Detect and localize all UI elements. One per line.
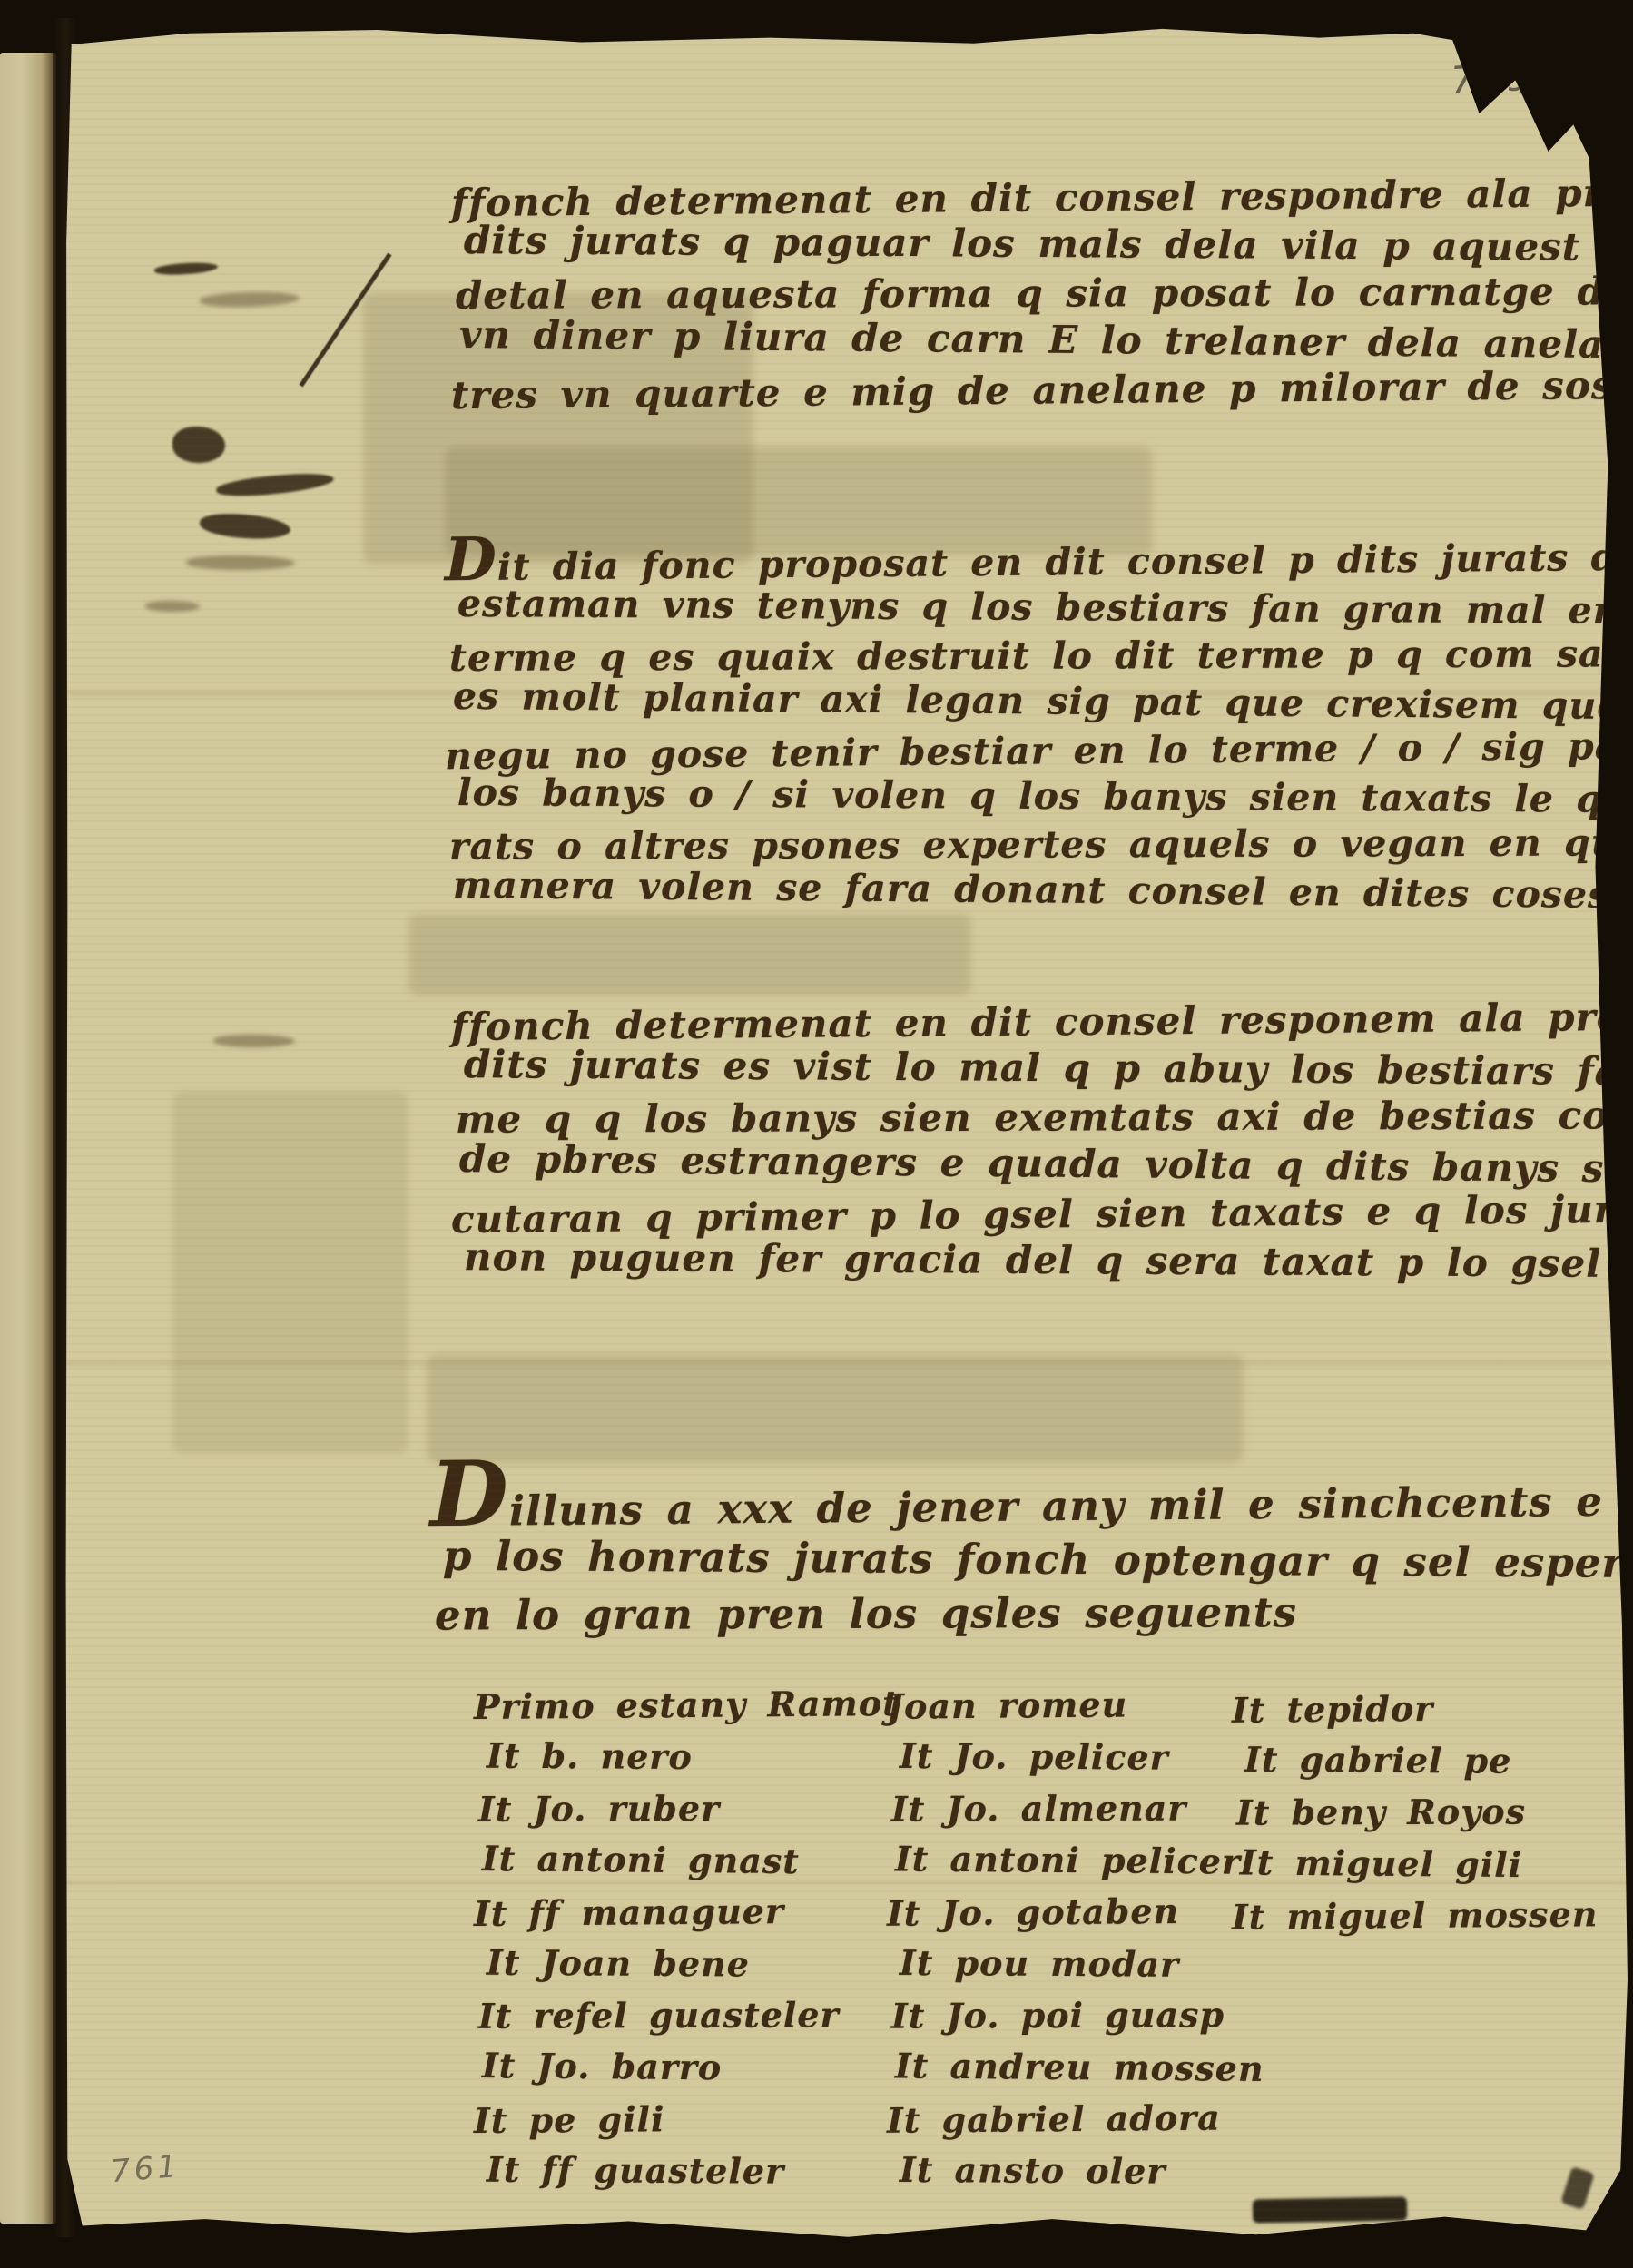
folio-number-top: 769 (1450, 54, 1536, 103)
text-line: It beny Royos (1236, 1785, 1603, 1838)
text-line: It antoni gnast (482, 1832, 908, 1888)
text-line: estaman vns tenyns q los bestiars fan gr… (457, 580, 1633, 636)
text-line: It pou modar (900, 1937, 1269, 1990)
text-line: It andreu mossen (895, 2039, 1264, 2095)
text-line: It miguel mossen (1232, 1888, 1599, 1943)
text-line: los banys o / si volen q los banys sien … (457, 769, 1633, 825)
bleedthrough-mark (427, 1354, 1244, 1463)
text-line: It Joan bene (487, 1937, 912, 1991)
text-line: It refel guasteler (478, 1988, 904, 2042)
ink-smear (1253, 2197, 1407, 2224)
text-line: dits jurats q paguar los mals dela vila … (464, 216, 1633, 273)
ink-blot (199, 512, 291, 542)
name-list-column-3: It tepidorIt gabriel peIt beny RoyosIt m… (1230, 1683, 1596, 1941)
text-line: It Jo. ruber (478, 1782, 904, 1835)
text-line: It Jo. poi guasp (891, 1988, 1261, 2041)
ink-blot (145, 601, 200, 612)
dated-entry-paragraph: Dilluns a xxx de jener any mil e sinchce… (428, 1465, 1633, 1640)
text-line: It ansto oler (900, 2144, 1269, 2197)
text-line: It Jo. almenar (891, 1782, 1261, 1834)
text-line: It gabriel adora (887, 2091, 1256, 2146)
paragraph-1: ffonch determenat en dit consel respondr… (449, 172, 1633, 413)
name-list-column-2: Joan romeuIt Jo. pelicerIt Jo. almenarIt… (885, 1679, 1254, 2196)
manuscript-page: 769 761 ffonch determenat en dit consel … (64, 20, 1633, 2248)
ink-smear (1560, 2166, 1595, 2210)
text-line: It miguel gili (1240, 1836, 1607, 1891)
folio-number-bottom: 761 (109, 2148, 182, 2191)
paragraph-3: ffonch determenat en dit consel responem… (449, 997, 1633, 1285)
text-line: p los honrats jurats fonch optengar q se… (443, 1529, 1633, 1591)
scan-background: { "page": { "folio_number_top": "769", "… (0, 0, 1633, 2268)
text-line: non puguen fer gracia del q sera taxat p… (464, 1232, 1633, 1290)
text-line: Joan romeu (887, 1677, 1256, 1733)
text-line: tres vn quarte e mig de anelane p milora… (451, 358, 1633, 419)
text-line: manera volen se fara donant consel en di… (453, 861, 1633, 922)
text-line: It Jo. gotaben (887, 1884, 1256, 1939)
text-line: It gabriel pe (1244, 1733, 1611, 1787)
text-line: en lo gran pren los qsles seguents (435, 1585, 1633, 1643)
text-line: It tepidor (1232, 1681, 1599, 1736)
text-line: It b. nero (487, 1730, 912, 1784)
bleedthrough-mark (408, 914, 971, 996)
facing-page-edge (0, 53, 56, 2224)
ink-blot (186, 555, 295, 570)
text-line: Primo estany Ramot (474, 1677, 900, 1733)
ink-blot (172, 427, 225, 463)
ink-blot (154, 261, 219, 277)
text-line: It Jo. barro (482, 2039, 908, 2095)
text-line: dits jurats es vist lo mal q p abuy los … (464, 1040, 1633, 1097)
text-line: It pe gili (474, 2091, 900, 2146)
ink-blot (200, 290, 300, 309)
text-line: It Jo. pelicer (900, 1730, 1269, 1783)
text-line: It ff guasteler (487, 2144, 912, 2198)
bleedthrough-mark (172, 1091, 408, 1454)
text-line: It antoni pelicer (895, 1832, 1264, 1888)
ink-blot (213, 1035, 295, 1047)
paragraph-2: Dit dia fonc proposat en dit consel p di… (443, 535, 1633, 915)
text-line: Dilluns a xxx de jener any mil e sinchce… (430, 1459, 1633, 1538)
ink-blot (215, 469, 334, 499)
text-line: It ff managuer (474, 1884, 900, 1939)
name-list-column-1: Primo estany RamotIt b. neroIt Jo. ruber… (472, 1679, 898, 2196)
